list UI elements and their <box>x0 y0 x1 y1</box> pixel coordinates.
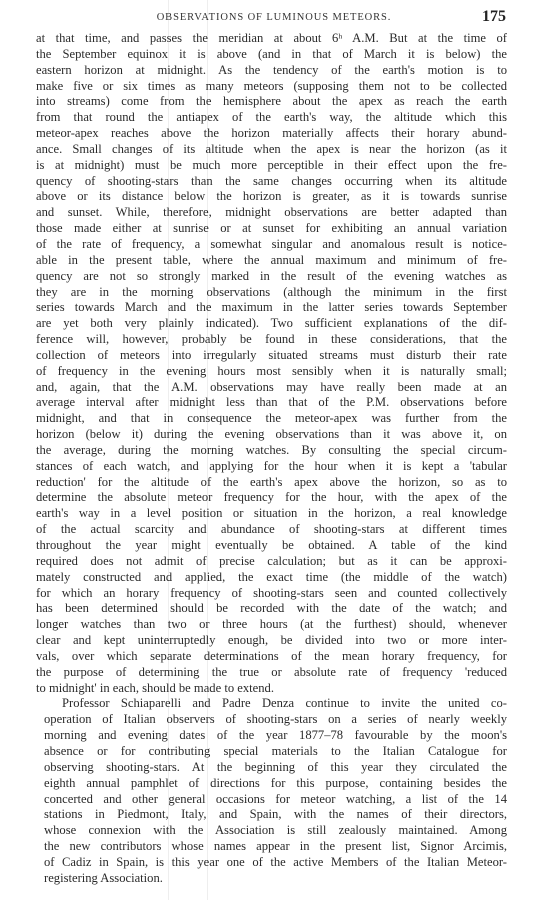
text-line: of frequency in the evening hours most s… <box>36 364 507 380</box>
text-line: concerted and other general occasions fo… <box>44 792 507 808</box>
text-line: for which an horary frequency of shootin… <box>36 586 507 602</box>
text-line: of the actual scarcity and abundance of … <box>36 522 507 538</box>
text-line: earth's way in a level position or situa… <box>36 506 507 522</box>
text-line: stations in Piedmont, Italy, and Spain, … <box>44 807 507 823</box>
document-page: OBSERVATIONS OF LUMINOUS METEORS. 175 at… <box>0 0 550 900</box>
text-line: has been determined should be recorded w… <box>36 601 507 617</box>
text-line: the new contributors whose names appear … <box>44 839 507 855</box>
text-line: absence or for contributing special mate… <box>44 744 507 760</box>
text-line: determine the absolute meteor frequency … <box>36 490 507 506</box>
paragraph-1: at that time, and passes the meridian at… <box>36 31 507 696</box>
text-line: ance. Small changes of its altitude when… <box>36 142 507 158</box>
text-line: is at midnight) must be much more percep… <box>36 158 507 174</box>
text-line: the purpose of determining the true or a… <box>36 665 507 681</box>
text-line: vals, over which separate determinations… <box>36 649 507 665</box>
text-line: those made either at sunrise or at sunse… <box>36 221 507 237</box>
body-text: at that time, and passes the meridian at… <box>36 31 507 887</box>
text-line: the average, during the morning watches.… <box>36 443 507 459</box>
text-line: are yet both very plainly indicated). Tw… <box>36 316 507 332</box>
text-line: of the rate of frequency, a somewhat sin… <box>36 237 507 253</box>
running-head: OBSERVATIONS OF LUMINOUS METEORS. 175 <box>36 8 536 28</box>
text-line: horizon (below it) during the evening ob… <box>36 427 507 443</box>
text-line: morning and evening dates of the year 18… <box>44 728 507 744</box>
text-line: quency of shooting-stars than the same c… <box>36 174 507 190</box>
text-line: and sunset. While, therefore, midnight o… <box>36 205 507 221</box>
text-line: eastern horizon at midnight. As the tend… <box>36 63 507 79</box>
text-line: meteor-apex reaches above the horizon ma… <box>36 126 507 142</box>
text-line: to midnight' in each, should be made to … <box>36 681 507 697</box>
page-number: 175 <box>482 8 506 26</box>
text-line: observing shooting-stars. At the beginni… <box>44 760 507 776</box>
text-line: mately constructed and applied, the exac… <box>36 570 507 586</box>
text-line: operation of Italian observers of shooti… <box>44 712 507 728</box>
text-line: quency are not so strongly marked in the… <box>36 269 507 285</box>
text-line: longer watches than two or three hours (… <box>36 617 507 633</box>
text-line: average interval after midnight less tha… <box>36 395 507 411</box>
text-line: series towards March and the maximum in … <box>36 300 507 316</box>
paragraph-2: Professor Schiaparelli and Padre Denza c… <box>44 696 507 886</box>
text-line: the September equinox it is above (and i… <box>36 47 507 63</box>
text-line: from that round the antiapex of the eart… <box>36 110 507 126</box>
text-line: of Cadiz in Spain, is this year one of t… <box>44 855 507 871</box>
text-line: they are in the morning observations (al… <box>36 285 507 301</box>
text-line: ference will, however, probably be found… <box>36 332 507 348</box>
text-line: registering Association. <box>44 871 507 887</box>
text-line: required does not admit of precise calcu… <box>36 554 507 570</box>
text-line: Professor Schiaparelli and Padre Denza c… <box>44 696 507 712</box>
text-line: eighth annual pamphlet of directions for… <box>44 776 507 792</box>
text-line: stances of each watch, and applying for … <box>36 459 507 475</box>
text-line: at that time, and passes the meridian at… <box>36 31 507 47</box>
text-line: make five or six times as many meteors (… <box>36 79 507 95</box>
text-line: able in the present table, where the ann… <box>36 253 507 269</box>
text-line: and, again, that the A.M. observations m… <box>36 380 507 396</box>
text-line: whose connexion with the Association is … <box>44 823 507 839</box>
text-line: reduction' for the altitude of the earth… <box>36 475 507 491</box>
text-line: clear and kept uninterruptedly enough, b… <box>36 633 507 649</box>
text-line: above or its distance below the horizon … <box>36 189 507 205</box>
text-line: throughout the year might eventually be … <box>36 538 507 554</box>
running-title: OBSERVATIONS OF LUMINOUS METEORS. <box>36 12 512 23</box>
text-line: collection of meteors into irregularly s… <box>36 348 507 364</box>
text-line: midnight, and that in consequence the me… <box>36 411 507 427</box>
text-line: into streams) come from the hemisphere a… <box>36 94 507 110</box>
